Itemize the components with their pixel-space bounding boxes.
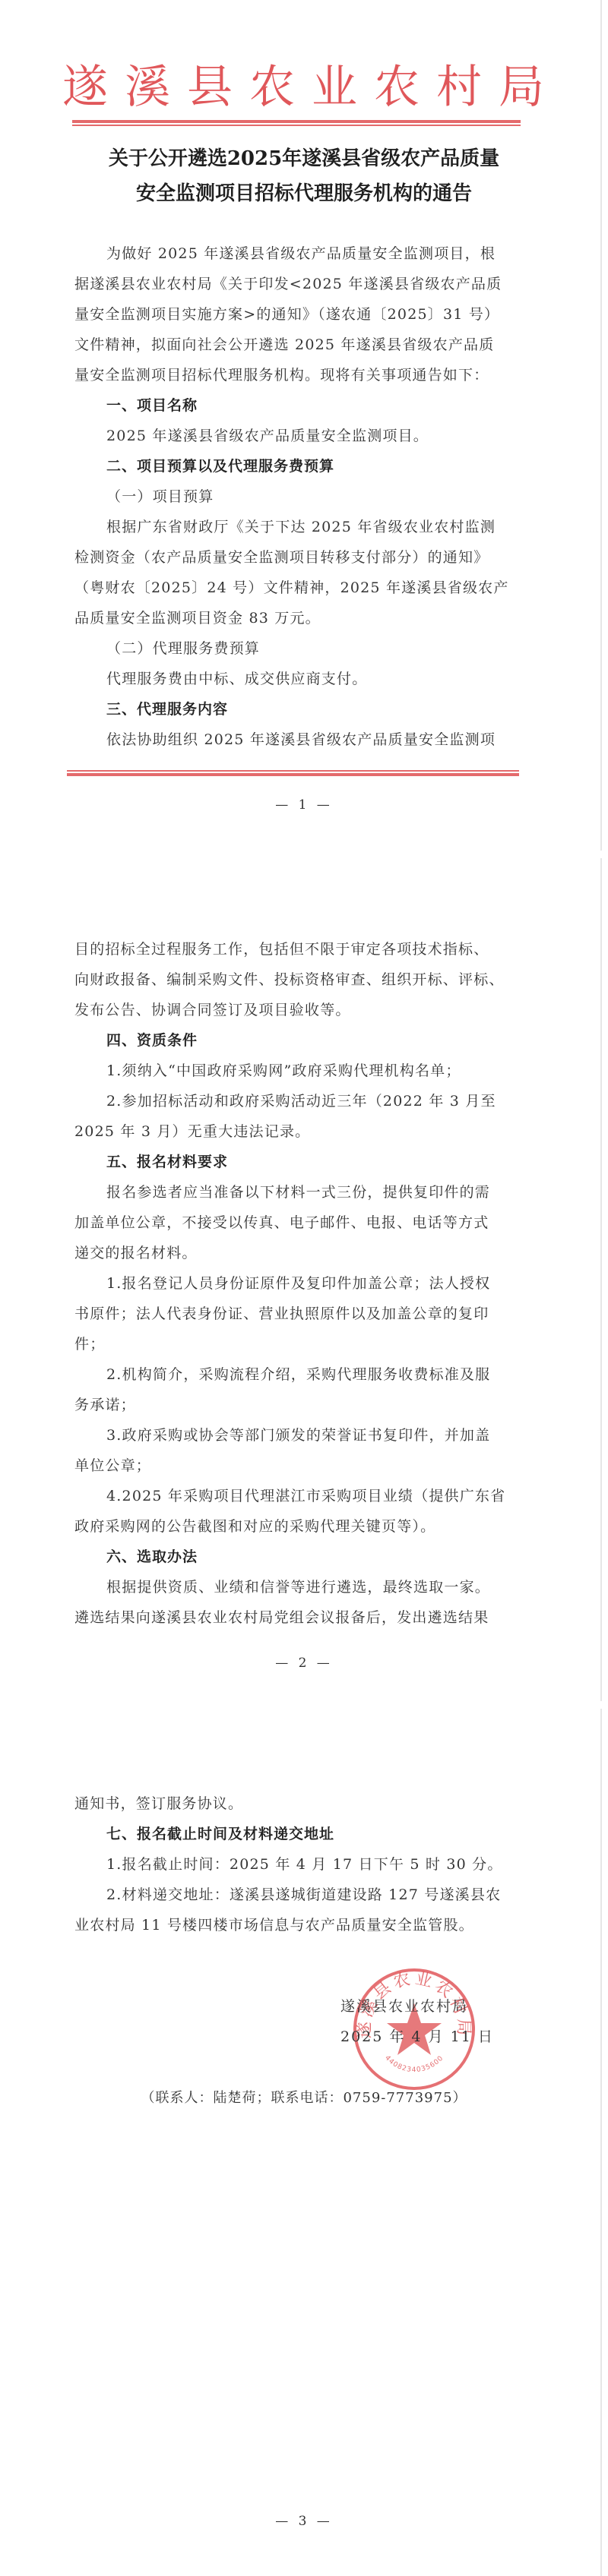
red-footer-rule (67, 770, 519, 776)
document-title-line2: 安全监测项目招标代理服务机构的通告 (0, 176, 608, 211)
section-body: 向财政报备、编制采购文件、投标资格审查、组织开标、评标、 (0, 964, 608, 995)
section-body: 目的招标全过程服务工作，包括但不限于审定各项技术指标、 (0, 934, 608, 964)
list-item: 单位公章； (0, 1451, 608, 1481)
subsection-heading: （二）代理服务费预算 (0, 633, 608, 664)
section-body: 检测资金（农产品质量安全监测项目转移支付部分）的通知》 (0, 542, 608, 573)
list-item: 1.报名登记人员身份证原件及复印件加盖公章；法人授权 (0, 1268, 608, 1299)
contact-info: （联系人：陆楚荷；联系电话：0759-7773975） (0, 2087, 608, 2107)
list-item: 2.参加招标活动和政府采购活动近三年（2022 年 3 月至 (0, 1086, 608, 1116)
document-title-line1: 关于公开遴选2025年遂溪县省级农产品质量 (0, 141, 608, 176)
section-heading-2: 二、项目预算以及代理服务费预算 (0, 451, 608, 481)
subsection-heading: （一）项目预算 (0, 481, 608, 512)
org-header: 遂溪县农业农村局 (0, 61, 608, 114)
list-item: 1.报名截止时间：2025 年 4 月 17 日下午 5 时 30 分。 (0, 1849, 608, 1880)
section-body: 通知书，签订服务协议。 (0, 1788, 608, 1819)
signature-org: 遂溪县农业农村局 (340, 1995, 468, 2016)
list-item: 件； (0, 1329, 608, 1359)
section-heading-7: 七、报名截止时间及材料递交地址 (0, 1819, 608, 1849)
intro-line: 文件精神，拟面向社会公开遴选 2025 年遂溪县省级农产品质 (0, 330, 608, 360)
list-item: 务承诺； (0, 1390, 608, 1420)
section-heading-1: 一、项目名称 (0, 390, 608, 421)
section-body: 依法协助组织 2025 年遂溪县省级农产品质量安全监测项 (0, 724, 608, 755)
red-header-rule (72, 120, 521, 126)
intro-line: 为做好 2025 年遂溪县省级农产品质量安全监测项目，根 (0, 238, 608, 269)
section-body: 报名参选者应当准备以下材料一式三份，提供复印件的需 (0, 1177, 608, 1207)
list-item: 1.须纳入“中国政府采购网”政府采购代理机构名单； (0, 1056, 608, 1086)
section-body: 代理服务费由中标、成交供应商支付。 (0, 664, 608, 694)
section-body: 根据提供资质、业绩和信誉等进行遴选，最终选取一家。 (0, 1572, 608, 1602)
section-body: 递交的报名材料。 (0, 1238, 608, 1268)
section-body: 遴选结果向遂溪县农业农村局党组会议报备后，发出遴选结果 (0, 1602, 608, 1633)
section-heading-4: 四、资质条件 (0, 1025, 608, 1056)
list-item: 书原件；法人代表身份证、营业执照原件以及加盖公章的复印 (0, 1299, 608, 1329)
section-heading-6: 六、选取办法 (0, 1542, 608, 1572)
section-body: 加盖单位公章，不接受以传真、电子邮件、电报、电话等方式 (0, 1207, 608, 1238)
page-number: — 1 — (0, 797, 608, 813)
list-item: 政府采购网的公告截图和对应的采购代理关键页等）。 (0, 1511, 608, 1542)
list-item: 2025 年 3 月）无重大违法记录。 (0, 1116, 608, 1147)
list-item: 业农村局 11 号楼四楼市场信息与农产品质量安全监管股。 (0, 1910, 608, 1940)
page-number: — 3 — (0, 2514, 608, 2529)
intro-line: 量安全监测项目实施方案>的通知》（遂农通〔2025〕31 号） (0, 299, 608, 330)
intro-line: 据遂溪县农业农村局《关于印发<2025 年遂溪县省级农产品质 (0, 269, 608, 299)
section-heading-3: 三、代理服务内容 (0, 694, 608, 724)
page-number: — 2 — (0, 1656, 608, 1671)
list-item: 2.机构简介，采购流程介绍，采购代理服务收费标准及服 (0, 1359, 608, 1390)
list-item: 3.政府采购或协会等部门颁发的荣誉证书复印件，并加盖 (0, 1420, 608, 1451)
intro-line: 量安全监测项目招标代理服务机构。现将有关事项通告如下： (0, 360, 608, 390)
rule-thin (72, 125, 521, 126)
section-body: 根据广东省财政厅《关于下达 2025 年省级农业农村监测 (0, 512, 608, 542)
list-item: 2.材料递交地址：遂溪县遂城街道建设路 127 号遂溪县农 (0, 1880, 608, 1910)
section-heading-5: 五、报名材料要求 (0, 1147, 608, 1177)
svg-text:4408234035600: 4408234035600 (383, 2054, 445, 2074)
section-body: 2025 年遂溪县省级农产品质量安全监测项目。 (0, 421, 608, 451)
section-body: （粤财农〔2025〕24 号）文件精神，2025 年遂溪县省级农产 (0, 573, 608, 603)
section-body: 品质量安全监测项目资金 83 万元。 (0, 603, 608, 633)
section-body: 发布公告、协调合同签订及项目验收等。 (0, 995, 608, 1025)
list-item: 4.2025 年采购项目代理湛江市采购项目业绩（提供广东省 (0, 1481, 608, 1511)
signature-date: 2025 年 4 月 11 日 (340, 2025, 494, 2046)
